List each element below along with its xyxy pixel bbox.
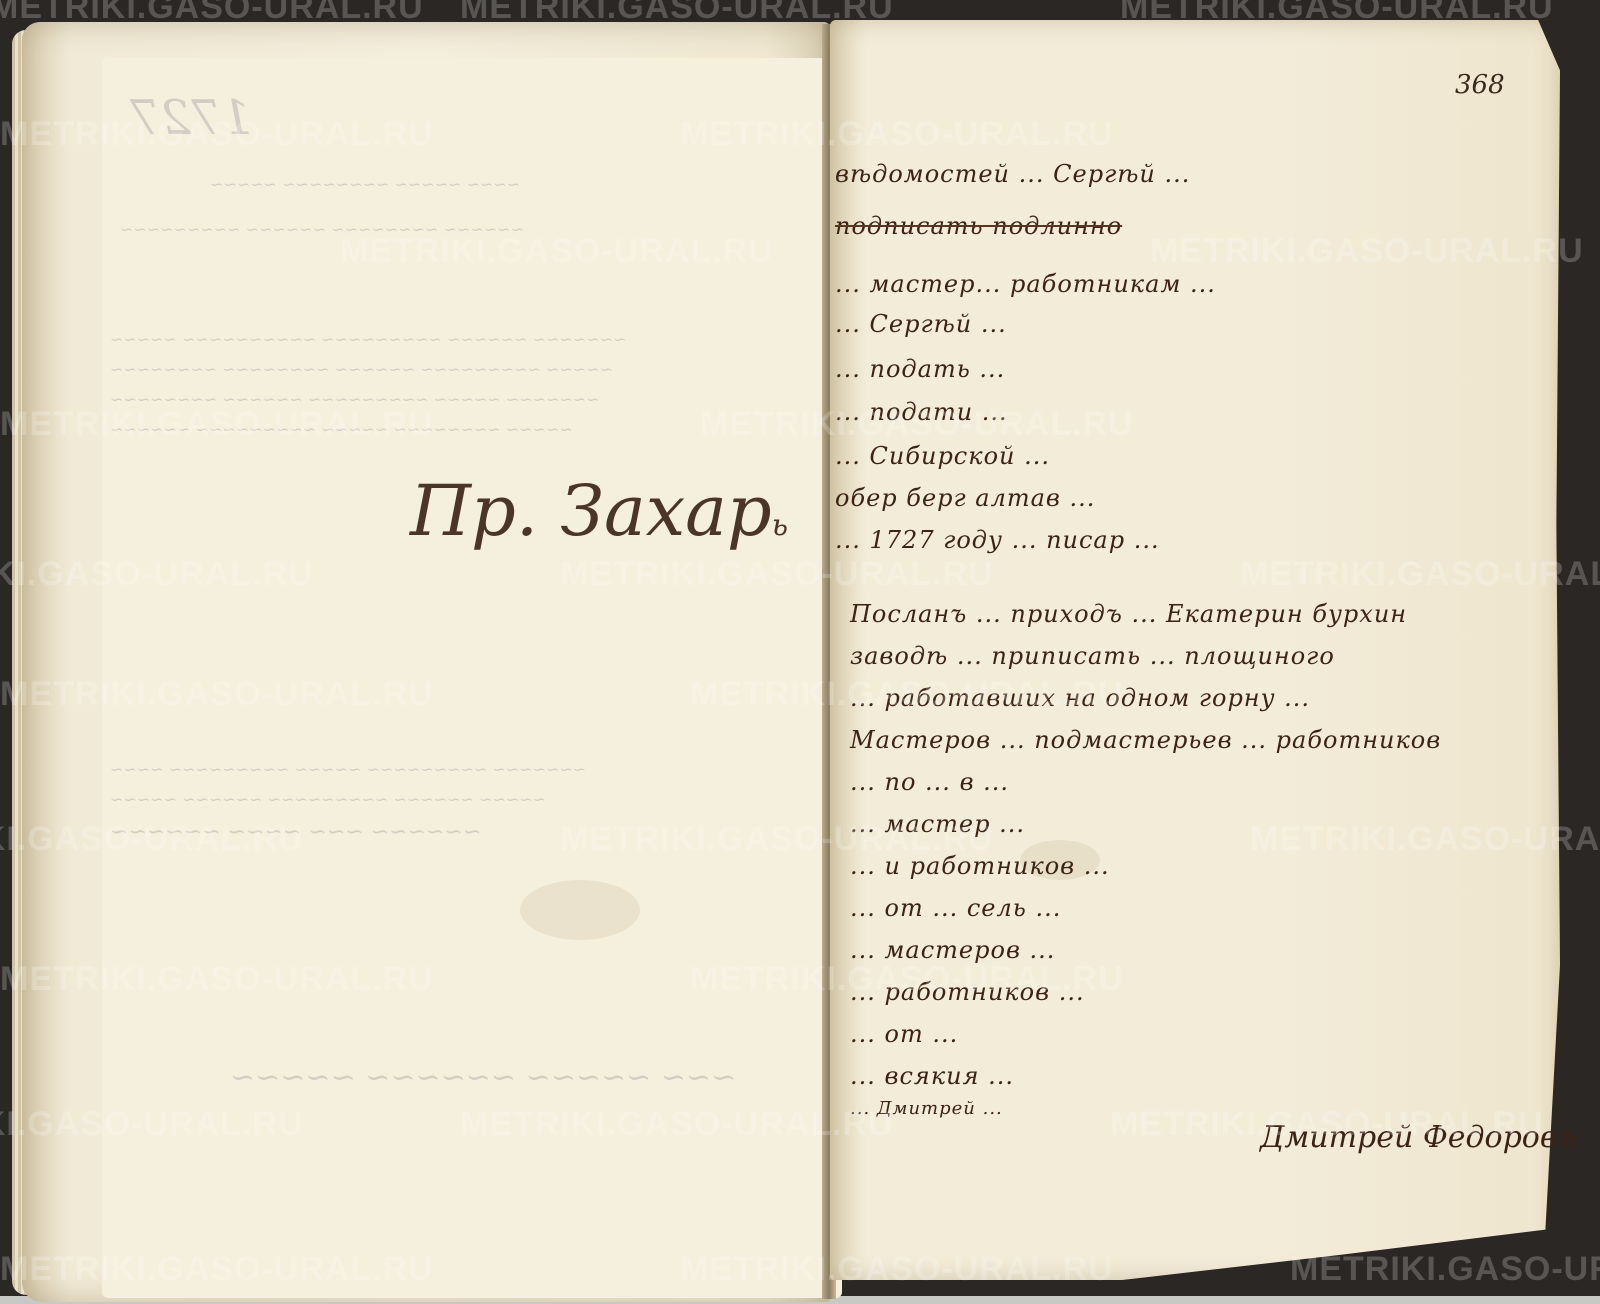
bleed-through-line: ~~~~~ ~~~~~~ ~~~~~~~~~ ~~~~~~ ~~~~~ <box>110 790 546 809</box>
bleed-through-line: ~~~~~ ~~~~~~~~ ~~~~~ ~~~~~~~~~ ~~~~~~ <box>110 420 573 439</box>
bleed-through-line: ~~~~~~~ ~~~~~~ ~~~~~~~~~ ~~~~~~~~~~ ~~~~… <box>110 330 626 349</box>
bleed-through-line: ~~~~~~~ ~~~~~~~~~ ~~~~~ ~~~~~~~~~ ~~~~ <box>110 760 586 779</box>
entry-2-line: ... от ... <box>850 1020 958 1048</box>
entry-1-line: ... подати ... <box>835 398 1008 426</box>
left-page-surface <box>102 58 842 1298</box>
entry-2-line: Посланъ ... приходъ ... Екатерин бурхин <box>850 600 1407 628</box>
left-page-signature: Пр. Захарь <box>410 470 788 552</box>
entry-2-line: ... всякия ... <box>850 1062 1014 1090</box>
bleed-through-line: ~~~ ~~~~~ ~~~~~~ ~~~~~ <box>230 1060 736 1095</box>
entry-1-line: ... Сергѣй ... <box>835 310 1007 338</box>
entry-1-line: ... подать ... <box>835 355 1005 383</box>
entry-2-line: ... работников ... <box>850 978 1085 1006</box>
bleed-through-line: ~~~~~~ ~~~~~~~~ ~~~~~~ ~~~~~~~~~ <box>120 220 524 239</box>
entry-2-line: ... Дмитрей ... <box>850 1098 1003 1119</box>
entry-1-line: подписать подлинно <box>835 212 1122 240</box>
entry-1-line: ... мастер... работникам ... <box>835 270 1216 298</box>
entry-1-line: ... 1727 году ... писар ... <box>835 526 1160 554</box>
entry-2-line: Мастеров ... подмастерьев ... работников <box>850 726 1441 754</box>
bleed-through-line: ~~~~~~ ~~~ ~~~~ ~~~~~~ <box>110 820 481 845</box>
entry-2-signature: Дмитрей Федоровъ <box>1260 1120 1577 1155</box>
entry-1-line: ... Сибирской ... <box>835 442 1050 470</box>
bleed-through-header: 1727 <box>130 90 252 146</box>
entry-2-line: заводѣ ... приписать ... площиного <box>850 642 1335 670</box>
folio-number: 368 <box>1455 70 1505 100</box>
entry-1-line: обер берг алтав ... <box>835 484 1095 512</box>
entry-2-line: ... работавших на одном горну ... <box>850 684 1310 712</box>
entry-2-line: ... по ... в ... <box>850 768 1009 796</box>
bleed-through-line: ~~~~~ ~~~~~~~~~ ~~~~~~ ~~~~~~~~ ~~~~~~~~ <box>110 360 613 379</box>
entry-2-line: ... мастер ... <box>850 810 1025 838</box>
entry-2-line: ... от ... сель ... <box>850 894 1061 922</box>
entry-1-line: вѣдомостей ... Сергѣй ... <box>835 160 1190 188</box>
left-page <box>22 22 830 1302</box>
bleed-through-line: ~~~~ ~~~~~ ~~~~~~~~ ~~~~~ <box>210 175 520 194</box>
bleed-through-line: ~~~~~~~ ~~~~~ ~~~~~~~~~ ~~~~~~ ~~~~~~~~ <box>110 390 600 409</box>
entry-2-line: ... мастеров ... <box>850 936 1055 964</box>
paper-stain <box>520 880 640 940</box>
entry-2-line: ... и работников ... <box>850 852 1110 880</box>
